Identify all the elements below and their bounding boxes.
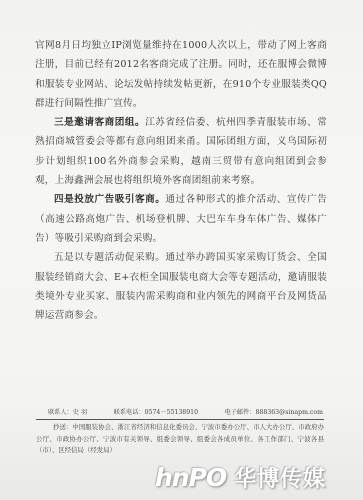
contact-person: 联系人：史 羽 [48,407,87,416]
divider-line [36,419,324,420]
paragraph-3: 四是投放广告吸引客商。通过各种形式的推介活动、宣传广告（高速公路高炮广告、机场登… [35,190,327,248]
cc-text: 抄送：中国服装协会、浙江省经济和信息化委员会、宁波市委办公厅、市人大办公厅、市政… [36,422,324,457]
paragraph-1-text: 官网8月日均独立IP浏览量维持在1000人次以上，带动了网上客商注册，目前已经有… [35,40,327,109]
watermark-logo: hnPO 华博传媒 [155,460,355,494]
paragraph-4-text: 五是以专题活动促采购。通过举办跨国买家采购订货会、全国服装经销商大会、E+衣柜全… [35,252,327,321]
contact-info: 联系人：史 羽 联系电话：0574－55138910 电子邮件：888363@s… [48,407,323,416]
paragraph-3-lead: 四是投放广告吸引客商。 [54,194,165,205]
watermark-chinese: 华博传媒 [234,462,326,493]
scanned-document-page: 官网8月日均独立IP浏览量维持在1000人次以上，带动了网上客商注册，目前已经有… [0,0,363,500]
contact-email: 电子邮件：888363@sinapm.com [225,407,323,416]
paragraph-4: 五是以专题活动促采购。通过举办跨国买家采购订货会、全国服装经销商大会、E+衣柜全… [35,248,327,325]
document-body: 官网8月日均独立IP浏览量维持在1000人次以上，带动了网上客商注册，目前已经有… [35,36,327,325]
paragraph-1: 官网8月日均独立IP浏览量维持在1000人次以上，带动了网上客商注册，目前已经有… [35,36,327,113]
paragraph-2: 三是邀请客商团组。江苏省经信委、杭州四季青服装市场、常熟招商城管委会等都有意向组… [35,113,327,190]
paragraph-2-lead: 三是邀请客商团组。 [54,117,145,128]
watermark-latin: hnPO [155,463,226,492]
contact-phone: 联系电话：0574－55138910 [114,407,198,416]
cc-list: 抄送：中国服装协会、浙江省经济和信息化委员会、宁波市委办公厅、市人大办公厅、市政… [36,422,324,457]
